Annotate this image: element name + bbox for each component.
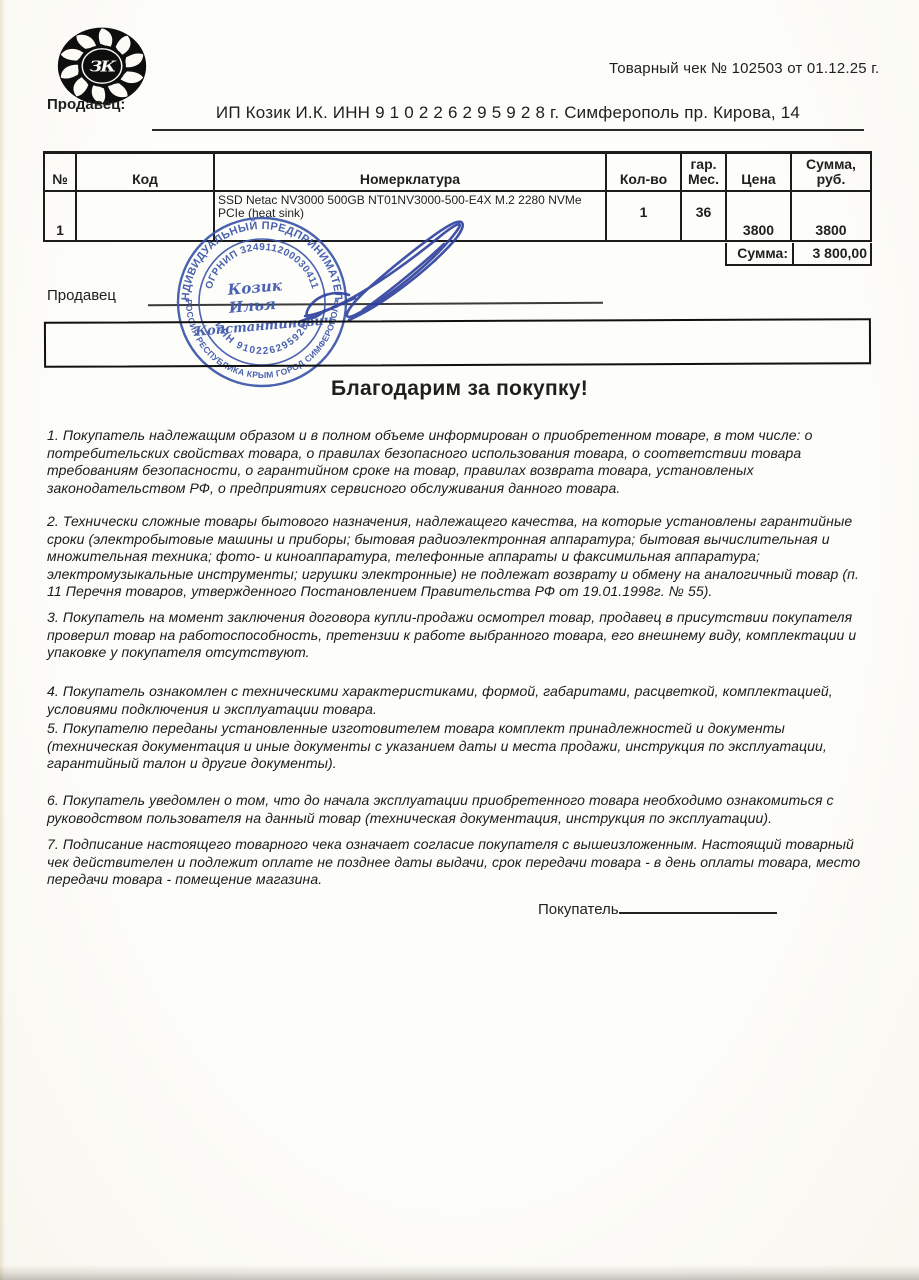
- table-header-row: № Код Номерклатура Кол-во гар. Мес. Цена…: [44, 153, 871, 191]
- stamp-star-left: *: [185, 297, 190, 309]
- store-fan-logo-icon: ЗК: [56, 26, 148, 106]
- thanks-heading: Благодарим за покупку!: [0, 377, 919, 401]
- term-paragraph-7: 7. Подписание настоящего товарного чека …: [47, 836, 870, 889]
- scan-edge-left: [0, 0, 5, 1280]
- cell-warranty-months: 36: [681, 191, 726, 241]
- term-paragraph-2: 2. Технически сложные товары бытового на…: [47, 513, 870, 601]
- cell-row-number: 1: [44, 191, 76, 241]
- col-header-warranty: гар. Мес.: [681, 153, 726, 191]
- seller-info-line: ИП Козик И.К. ИНН 9 1 0 2 2 6 2 9 5 9 2 …: [152, 103, 864, 131]
- total-label: Сумма:: [725, 243, 792, 266]
- total-value: 3 800,00: [792, 243, 872, 266]
- term-paragraph-3: 3. Покупатель на момент заключения догов…: [47, 609, 870, 662]
- col-header-name: Номерклатура: [214, 153, 606, 191]
- scan-edge-bottom: [0, 1265, 919, 1280]
- receipt-number-title: Товарный чек № 102503 от 01.12.25 г.: [609, 60, 879, 77]
- term-paragraph-6: 6. Покупатель уведомлен о том, что до на…: [47, 792, 870, 827]
- col-header-num: №: [44, 153, 76, 191]
- col-header-code: Код: [76, 153, 214, 191]
- col-header-sum: Сумма, руб.: [791, 153, 871, 191]
- buyer-signature-line: [619, 899, 777, 914]
- term-paragraph-4: 4. Покупатель ознакомлен с техническими …: [47, 683, 870, 718]
- seller-signature-label: Продавец: [47, 287, 116, 304]
- seller-label: Продавец:: [47, 96, 125, 113]
- cell-quantity: 1: [606, 191, 681, 241]
- stamp-name-line2: Илья: [227, 295, 276, 317]
- buyer-signature-row: Покупатель: [538, 899, 777, 918]
- cell-price: 3800: [726, 191, 791, 241]
- col-header-qty: Кол-во: [606, 153, 681, 191]
- empty-frame-box: [44, 318, 871, 368]
- term-paragraph-1: 1. Покупатель надлежащим образом и в пол…: [47, 427, 870, 497]
- term-paragraph-5: 5. Покупателю переданы установленные изг…: [47, 720, 870, 773]
- receipt-scan-page: ЗК Товарный чек № 102503 от 01.12.25 г. …: [0, 0, 919, 1280]
- buyer-label: Покупатель: [538, 901, 619, 918]
- logo-monogram: ЗК: [90, 58, 118, 76]
- col-header-price: Цена: [726, 153, 791, 191]
- cell-sum: 3800: [791, 191, 871, 241]
